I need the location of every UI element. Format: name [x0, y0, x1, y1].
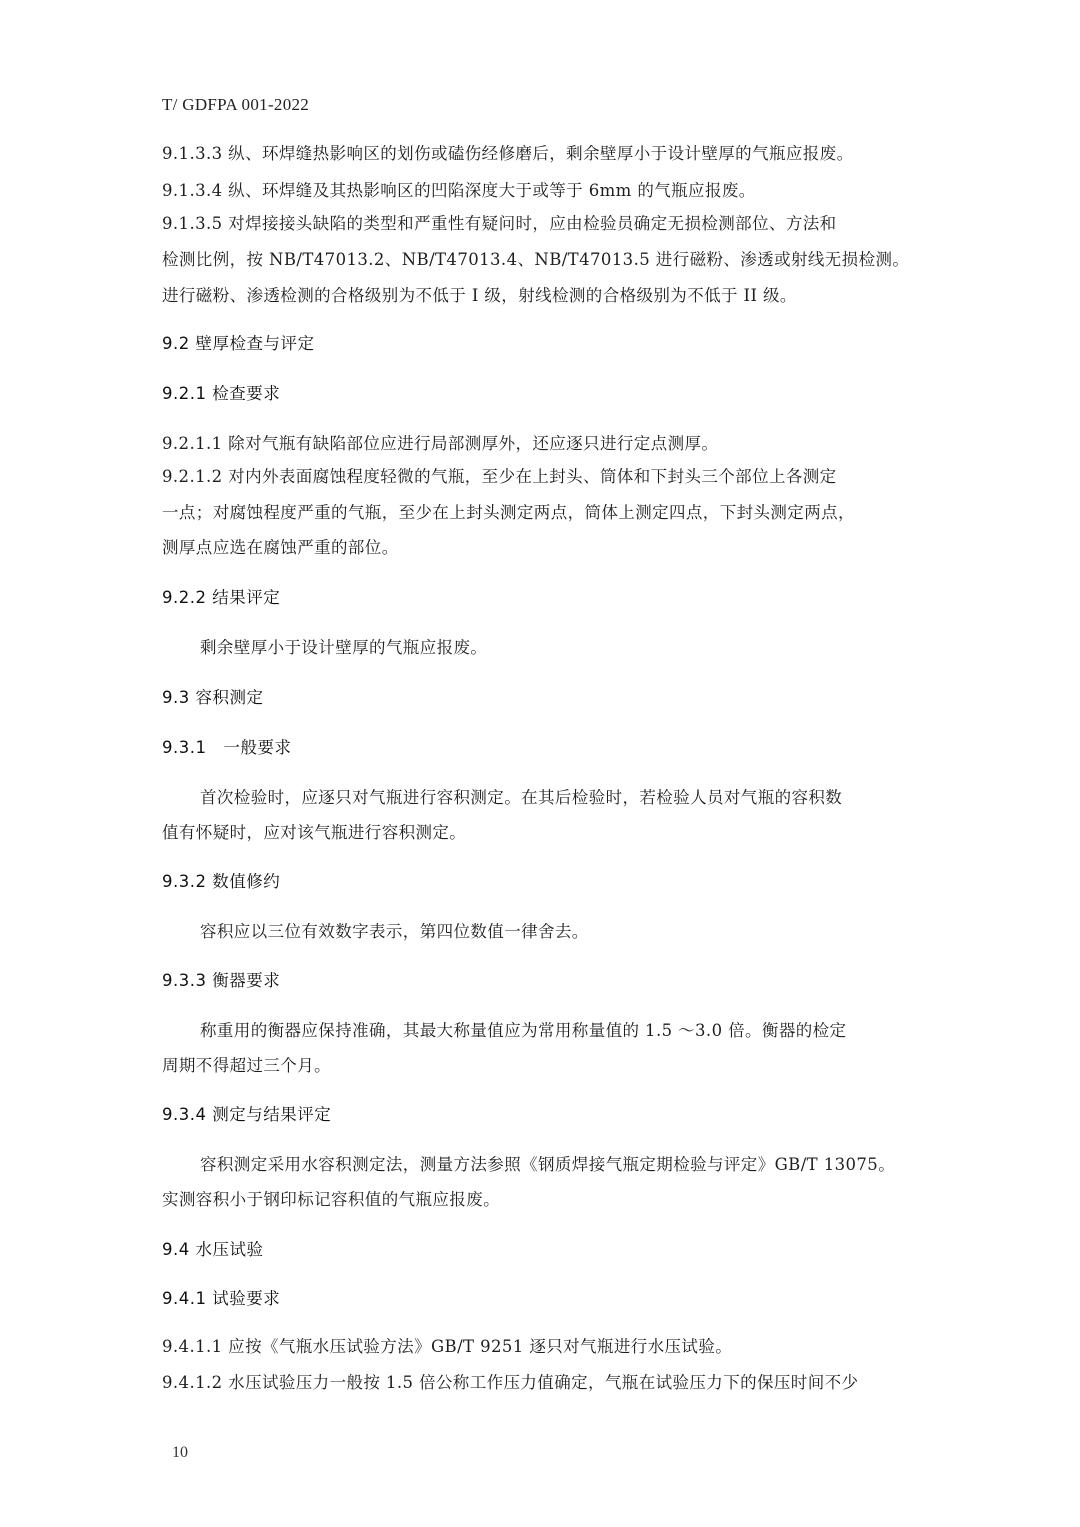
clause-9-1-3-4: 9.1.3.4 纵、环焊缝及其热影响区的凹陷深度大于或等于 6mm 的气瓶应报废… — [162, 177, 756, 201]
section-heading-9-2: 9.2 壁厚检查与评定 — [162, 330, 315, 354]
paragraph-9-3-4-line-1: 容积测定采用水容积测定法，测量方法参照《钢质焊接气瓶定期检验与评定》GB/T 1… — [200, 1151, 895, 1175]
clause-9-2-1-2-line-2: 一点；对腐蚀程度严重的气瓶，至少在上封头测定两点，筒体上测定四点，下封头测定两点… — [162, 499, 855, 523]
section-heading-9-2-2: 9.2.2 结果评定 — [162, 584, 280, 608]
clause-9-1-3-5-line-1: 9.1.3.5 对焊接接头缺陷的类型和严重性有疑问时，应由检验员确定无损检测部位… — [162, 210, 837, 234]
clause-9-2-1-1: 9.2.1.1 除对气瓶有缺陷部位应进行局部测厚外，还应逐只进行定点测厚。 — [162, 430, 718, 454]
section-heading-9-2-1: 9.2.1 检查要求 — [162, 380, 280, 404]
standard-code-header: T/ GDFPA 001-2022 — [162, 95, 309, 115]
clause-9-4-1-2: 9.4.1.2 水压试验压力一般按 1.5 倍公称工作压力值确定，气瓶在试验压力… — [162, 1369, 858, 1393]
section-heading-9-3-1: 9.3.1 一般要求 — [162, 734, 291, 758]
paragraph-9-3-1-line-2: 值有怀疑时，应对该气瓶进行容积测定。 — [162, 819, 466, 843]
clause-9-2-1-2-line-1: 9.2.1.2 对内外表面腐蚀程度轻微的气瓶，至少在上封头、筒体和下封头三个部位… — [162, 463, 837, 487]
paragraph-9-3-3-line-2: 周期不得超过三个月。 — [162, 1052, 331, 1076]
section-heading-9-4-1: 9.4.1 试验要求 — [162, 1285, 280, 1309]
clause-9-1-3-5-line-3: 进行磁粉、渗透检测的合格级别为不低于 I 级，射线检测的合格级别为不低于 II … — [162, 282, 797, 306]
section-heading-9-3: 9.3 容积测定 — [162, 684, 264, 708]
paragraph-9-3-4-line-2: 实测容积小于钢印标记容积值的气瓶应报废。 — [162, 1186, 500, 1210]
clause-9-1-3-5-line-2: 检测比例，按 NB/T47013.2、NB/T47013.4、NB/T47013… — [162, 246, 909, 270]
clause-9-2-1-2-line-3: 测厚点应选在腐蚀严重的部位。 — [162, 534, 399, 558]
paragraph-9-3-3-line-1: 称重用的衡器应保持准确，其最大称量值应为常用称量值的 1.5 ～3.0 倍。衡器… — [200, 1017, 846, 1041]
paragraph-9-2-2: 剩余壁厚小于设计壁厚的气瓶应报废。 — [200, 634, 487, 658]
document-page: T/ GDFPA 001-2022 9.1.3.3 纵、环焊缝热影响区的划伤或磕… — [0, 0, 1080, 1527]
paragraph-9-3-1-line-1: 首次检验时，应逐只对气瓶进行容积测定。在其后检验时，若检验人员对气瓶的容积数 — [200, 784, 842, 808]
section-heading-9-3-2: 9.3.2 数值修约 — [162, 868, 280, 892]
section-heading-9-3-4: 9.3.4 测定与结果评定 — [162, 1101, 331, 1125]
section-heading-9-4: 9.4 水压试验 — [162, 1236, 264, 1260]
paragraph-9-3-2: 容积应以三位有效数字表示，第四位数值一律舍去。 — [200, 918, 589, 942]
clause-9-4-1-1: 9.4.1.1 应按《气瓶水压试验方法》GB/T 9251 逐只对气瓶进行水压试… — [162, 1333, 732, 1357]
section-heading-9-3-3: 9.3.3 衡器要求 — [162, 967, 280, 991]
page-number: 10 — [172, 1444, 188, 1462]
clause-9-1-3-3: 9.1.3.3 纵、环焊缝热影响区的划伤或磕伤经修磨后，剩余壁厚小于设计壁厚的气… — [162, 140, 853, 164]
